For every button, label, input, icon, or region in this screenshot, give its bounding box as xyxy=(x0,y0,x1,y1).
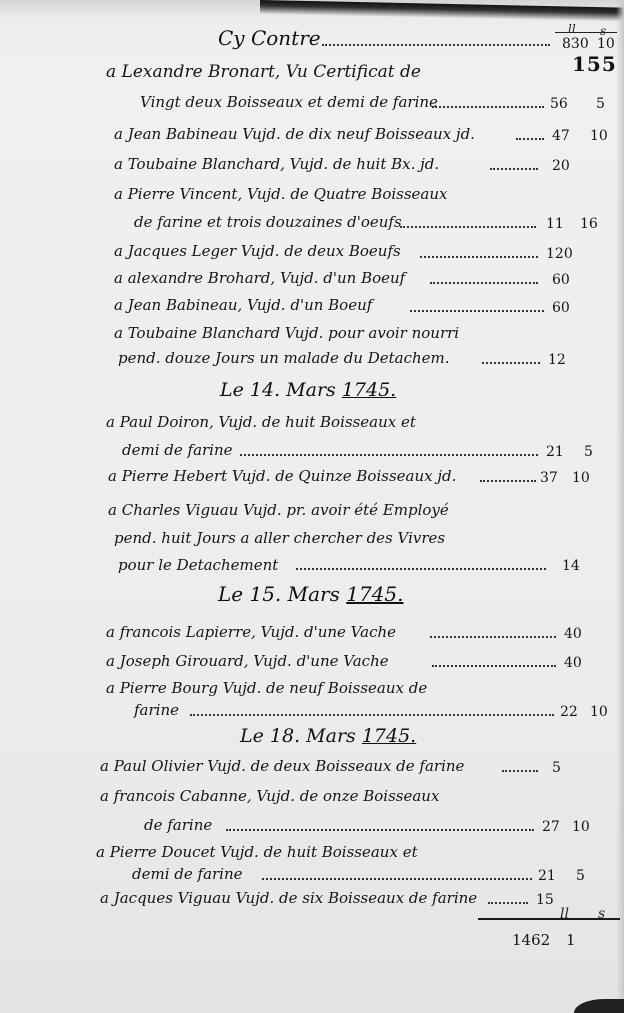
entry-sols: 16 xyxy=(580,214,598,234)
entry-line: a Toubaine Blanchard Vujd. pour avoir no… xyxy=(114,323,459,343)
entry-sols: 10 xyxy=(590,702,608,722)
carried-forward-sols: 10 xyxy=(597,34,615,54)
entry-livres: 20 xyxy=(552,156,570,176)
carried-forward-livres: 830 xyxy=(562,34,589,54)
total-livres: 1462 xyxy=(512,930,550,950)
leader-dots xyxy=(190,714,554,716)
entry-line: a Pierre Hebert Vujd. de Quinze Boisseau… xyxy=(108,466,456,486)
entry-line: a Jacques Leger Vujd. de deux Boeufs xyxy=(114,241,401,261)
entry-line: demi de farine xyxy=(122,440,233,460)
entry-livres: 5 xyxy=(552,758,561,778)
entry-line: a Toubaine Blanchard, Vujd. de huit Bx. … xyxy=(114,154,439,174)
leader-dots xyxy=(432,665,556,667)
leader-dots xyxy=(482,362,540,364)
date-heading: Le 18. Mars 1745. xyxy=(240,724,416,748)
entry-livres: 60 xyxy=(552,298,570,318)
entry-livres: 14 xyxy=(562,556,580,576)
entry-line: demi de farine xyxy=(132,864,243,884)
entry-line: a Pierre Doucet Vujd. de huit Boisseaux … xyxy=(96,842,418,862)
entry-line: pend. huit Jours a aller chercher des Vi… xyxy=(114,528,445,548)
leader-dots xyxy=(322,44,550,46)
page-bottom-corner-shadow xyxy=(574,999,624,1013)
leader-dots xyxy=(410,310,544,312)
entry-line: a Jacques Viguau Vujd. de six Boisseaux … xyxy=(100,888,477,908)
entry-line: pend. douze Jours un malade du Detachem. xyxy=(118,348,450,368)
entry-sols: 5 xyxy=(576,866,585,886)
header-rule xyxy=(555,32,617,33)
entry-livres: 11 xyxy=(546,214,564,234)
entry-livres: 40 xyxy=(564,624,582,644)
leader-dots xyxy=(430,282,538,284)
leader-dots xyxy=(480,480,536,482)
entry-livres: 15 xyxy=(536,890,554,910)
entry-sols: 5 xyxy=(596,94,605,114)
date-year: 1745. xyxy=(342,379,396,401)
entry-line: a alexandre Brohard, Vujd. d'un Boeuf xyxy=(114,268,405,288)
entry-livres: 60 xyxy=(552,270,570,290)
entry-line: farine xyxy=(134,700,179,720)
total-sols: 1 xyxy=(566,930,576,950)
date-heading: Le 14. Mars 1745. xyxy=(220,378,396,402)
entry-line: a Charles Viguau Vujd. pr. avoir été Emp… xyxy=(108,500,449,520)
entry-line: a Paul Olivier Vujd. de deux Boisseaux d… xyxy=(100,756,464,776)
entry-livres: 120 xyxy=(546,244,573,264)
entry-livres: 40 xyxy=(564,653,582,673)
leader-dots xyxy=(240,454,538,456)
leader-dots xyxy=(432,106,544,108)
leader-dots xyxy=(490,168,538,170)
folio-number: 155 xyxy=(572,52,617,76)
entry-livres: 21 xyxy=(538,866,556,886)
entry-livres: 27 xyxy=(542,817,560,837)
entry-livres: 22 xyxy=(560,702,578,722)
date-label: Le 15. Mars xyxy=(218,582,346,606)
entry-sols: 5 xyxy=(584,442,593,462)
page-right-edge xyxy=(616,0,624,1013)
date-label: Le 18. Mars xyxy=(240,725,362,747)
date-year: 1745. xyxy=(362,725,416,747)
entry-line: a francois Lapierre, Vujd. d'une Vache xyxy=(106,622,396,642)
page-top-shadow xyxy=(260,0,624,22)
leader-dots xyxy=(488,902,528,904)
entry-sols: 10 xyxy=(572,817,590,837)
leader-dots xyxy=(420,256,538,258)
leader-dots xyxy=(262,878,532,880)
entry-line: a Pierre Bourg Vujd. de neuf Boisseaux d… xyxy=(106,678,427,698)
leader-dots xyxy=(226,829,534,831)
total-livres-mark: ll xyxy=(560,906,569,922)
entry-line: a Jean Babineau, Vujd. d'un Boeuf xyxy=(114,295,372,315)
entry-sols: 10 xyxy=(572,468,590,488)
entry-line: a Jean Babineau Vujd. de dix neuf Boisse… xyxy=(114,124,475,144)
entry-livres: 37 xyxy=(540,468,558,488)
leader-dots xyxy=(430,636,556,638)
entry-line: a Paul Doiron, Vujd. de huit Boisseaux e… xyxy=(106,412,416,432)
entry-line: a Lexandre Bronart, Vu Certificat de xyxy=(106,62,421,82)
date-heading: Le 15. Mars 1745. xyxy=(218,582,404,606)
date-label: Le 14. Mars xyxy=(220,379,342,401)
entry-line: Vingt deux Boisseaux et demi de farine xyxy=(140,92,438,112)
entry-line: de farine xyxy=(144,815,212,835)
entry-livres: 56 xyxy=(550,94,568,114)
entry-livres: 21 xyxy=(546,442,564,462)
carried-forward-label: Cy Contre xyxy=(218,26,321,50)
leader-dots xyxy=(296,568,546,570)
total-sols-mark: s xyxy=(598,906,605,922)
leader-dots xyxy=(516,138,544,140)
manuscript-page: ll s Cy Contre 830 10 155 a Lexandre Bro… xyxy=(0,0,624,1013)
leader-dots xyxy=(502,770,538,772)
entry-livres: 47 xyxy=(552,126,570,146)
date-year: 1745. xyxy=(346,582,403,606)
entry-line: pour le Detachement xyxy=(118,555,278,575)
entry-line: a Joseph Girouard, Vujd. d'une Vache xyxy=(106,651,389,671)
entry-line: a Pierre Vincent, Vujd. de Quatre Boisse… xyxy=(114,184,448,204)
entry-line: a francois Cabanne, Vujd. de onze Boisse… xyxy=(100,786,439,806)
leader-dots xyxy=(400,226,536,228)
entry-line: de farine et trois douzaines d'oeufs xyxy=(134,212,402,232)
entry-sols: 10 xyxy=(590,126,608,146)
entry-livres: 12 xyxy=(548,350,566,370)
